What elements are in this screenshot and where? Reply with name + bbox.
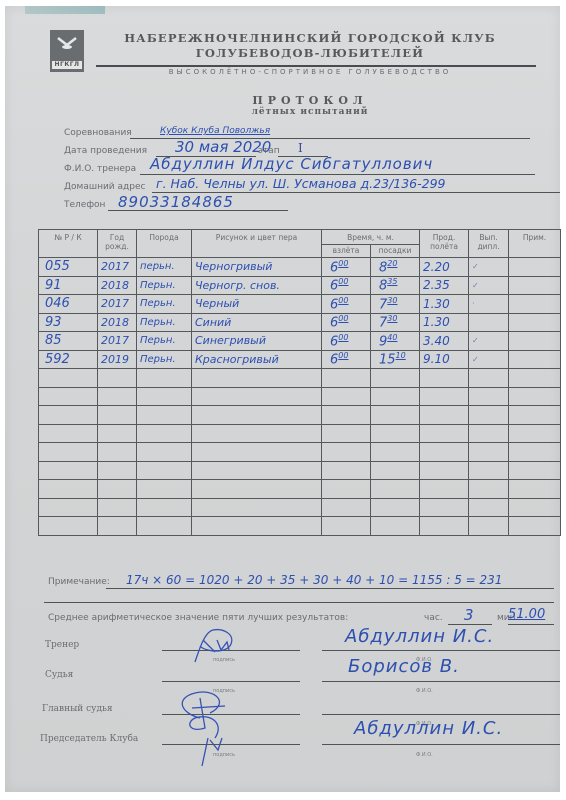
- cell-empty: [469, 424, 509, 443]
- cell-empty: [39, 369, 98, 388]
- cell-year: 2017: [98, 295, 137, 314]
- cell-empty: [137, 387, 192, 406]
- cell-note: [509, 295, 561, 314]
- cell-empty: [420, 387, 469, 406]
- cell-empty: [98, 443, 137, 462]
- org-line-1: НАБЕРЕЖНОЧЕЛНИНСКИЙ ГОРОДСКОЙ КЛУБ: [100, 31, 520, 46]
- cell-empty: [98, 517, 137, 536]
- cell-num: 91: [39, 276, 98, 295]
- trainer-label: Ф.И.О. тренера: [64, 164, 136, 174]
- cell-num: 93: [39, 313, 98, 332]
- cell-takeoff: 600: [322, 350, 371, 369]
- hours-line: [448, 624, 492, 625]
- chief-judge-sign-label: Главный судья: [42, 704, 113, 714]
- landing-minutes: 35: [387, 277, 397, 286]
- col-breed: Порода: [137, 230, 192, 258]
- cell-breed: Перьн.: [137, 350, 192, 369]
- cell-empty: [509, 424, 561, 443]
- cell-empty: [39, 387, 98, 406]
- cell-empty: [39, 517, 98, 536]
- org-tagline: ВЫСОКОЛЁТНО-СПОРТИВНОЕ ГОЛУБЕВОДСТВО: [100, 68, 520, 76]
- flight-results-table: № Р / К Год рожд. Порода Рисунок и цвет …: [38, 229, 561, 536]
- cell-empty: [98, 461, 137, 480]
- date-value: 30 мая 2020: [175, 138, 271, 156]
- cell-num: 85: [39, 332, 98, 351]
- cell-empty: [137, 461, 192, 480]
- cell-empty: [420, 424, 469, 443]
- cell-empty: [469, 517, 509, 536]
- cell-landing: 940: [371, 332, 420, 351]
- cell-note: [509, 313, 561, 332]
- takeoff-minutes: 00: [338, 277, 348, 286]
- chairman-sign-caption: подпись: [213, 752, 235, 758]
- cell-breed: Перьн.: [137, 313, 192, 332]
- cell-empty: [192, 517, 322, 536]
- chairman-name-caption: Ф.И.О.: [416, 752, 433, 758]
- cell-completed: ·: [469, 295, 509, 314]
- cell-empty: [192, 406, 322, 425]
- cell-duration: 2.35: [420, 276, 469, 295]
- cell-year: 2018: [98, 313, 137, 332]
- cell-num: 055: [39, 258, 98, 277]
- competition-value: Кубок Клуба Поволжья: [160, 126, 270, 136]
- col-completed: Вып. дипл.: [469, 230, 509, 258]
- cell-empty: [420, 406, 469, 425]
- cell-duration: 1.30: [420, 295, 469, 314]
- cell-empty: [509, 517, 561, 536]
- cell-empty: [509, 443, 561, 462]
- cell-note: [509, 276, 561, 295]
- cell-empty: [98, 424, 137, 443]
- cell-takeoff: 600: [322, 276, 371, 295]
- cell-num: 046: [39, 295, 98, 314]
- cell-empty: [509, 461, 561, 480]
- chief-judge-signature: [170, 678, 250, 768]
- cell-empty: [371, 387, 420, 406]
- cell-empty: [39, 443, 98, 462]
- cell-empty: [509, 406, 561, 425]
- trainer-name: Абдуллин И.С.: [345, 626, 494, 647]
- cell-empty: [192, 424, 322, 443]
- cell-breed: Перьн.: [137, 276, 192, 295]
- cell-empty: [192, 387, 322, 406]
- takeoff-minutes: 00: [338, 259, 348, 268]
- cell-completed: [469, 313, 509, 332]
- cell-landing: 730: [371, 313, 420, 332]
- col-time: Время, ч. м.: [322, 230, 420, 245]
- cell-empty: [420, 517, 469, 536]
- cell-empty: [322, 498, 371, 517]
- cell-empty: [469, 406, 509, 425]
- cell-empty: [39, 406, 98, 425]
- cell-empty: [98, 406, 137, 425]
- cell-completed: ✓: [469, 350, 509, 369]
- table-row-empty: [39, 443, 561, 462]
- landing-minutes: 30: [387, 314, 397, 323]
- cell-empty: [469, 498, 509, 517]
- table-row: 0552017перьн.Черногривый6008202.20✓: [39, 258, 561, 277]
- cell-takeoff: 600: [322, 258, 371, 277]
- cell-duration: 3.40: [420, 332, 469, 351]
- cell-empty: [322, 461, 371, 480]
- cell-color: Красногривый: [192, 350, 322, 369]
- trainer-line: [140, 174, 535, 175]
- cell-empty: [509, 498, 561, 517]
- cell-empty: [137, 443, 192, 462]
- address-value: г. Наб. Челны ул. Ш. Усманова д.23/136-2…: [156, 176, 446, 191]
- cell-empty: [371, 406, 420, 425]
- cell-landing: 730: [371, 295, 420, 314]
- cell-empty: [39, 424, 98, 443]
- judge-name-line: [322, 681, 560, 682]
- table-row: 912018Перьн.Черногр. снов.6008352.35✓: [39, 276, 561, 295]
- cell-empty: [322, 387, 371, 406]
- note-label: Примечание:: [48, 577, 110, 587]
- cell-empty: [371, 461, 420, 480]
- cell-empty: [371, 443, 420, 462]
- org-line-2: ГОЛУБЕВОДОВ-ЛЮБИТЕЛЕЙ: [100, 46, 520, 61]
- cell-empty: [39, 498, 98, 517]
- cell-empty: [509, 369, 561, 388]
- cell-year: 2017: [98, 332, 137, 351]
- cell-empty: [137, 498, 192, 517]
- note-value: 17ч × 60 = 1020 + 20 + 35 + 30 + 40 + 10…: [126, 573, 502, 587]
- cell-breed: перьн.: [137, 258, 192, 277]
- cell-empty: [469, 480, 509, 499]
- cell-empty: [98, 387, 137, 406]
- table-row-empty: [39, 480, 561, 499]
- hours-label: час.: [424, 613, 443, 623]
- cell-empty: [192, 480, 322, 499]
- cell-completed: ✓: [469, 258, 509, 277]
- cell-empty: [39, 480, 98, 499]
- cell-empty: [137, 517, 192, 536]
- cell-completed: ✓: [469, 276, 509, 295]
- trainer-signature: [185, 622, 245, 666]
- cell-empty: [192, 498, 322, 517]
- cell-empty: [322, 443, 371, 462]
- cell-color: Синий: [192, 313, 322, 332]
- cell-empty: [420, 443, 469, 462]
- chief-judge-name-line: [322, 714, 560, 715]
- cell-empty: [469, 461, 509, 480]
- cell-color: Черногр. снов.: [192, 276, 322, 295]
- cell-landing: 1510: [371, 350, 420, 369]
- cell-takeoff: 600: [322, 295, 371, 314]
- table-row: 852017Перьн.Синегривый6009403.40✓: [39, 332, 561, 351]
- org-name: НАБЕРЕЖНОЧЕЛНИНСКИЙ ГОРОДСКОЙ КЛУБ ГОЛУБ…: [100, 31, 520, 61]
- col-note: Прим.: [509, 230, 561, 258]
- cell-empty: [420, 480, 469, 499]
- table-row-empty: [39, 517, 561, 536]
- photo-edge-band: [25, 6, 105, 14]
- landing-minutes: 40: [387, 333, 397, 342]
- cell-empty: [469, 369, 509, 388]
- cell-color: Черногривый: [192, 258, 322, 277]
- col-year: Год рожд.: [98, 230, 137, 258]
- hours-value: 3: [464, 606, 474, 624]
- cell-takeoff: 600: [322, 313, 371, 332]
- logo-label: НГКГЛ: [52, 61, 82, 69]
- table-row-empty: [39, 406, 561, 425]
- cell-empty: [509, 387, 561, 406]
- cell-empty: [137, 424, 192, 443]
- table-row: 932018Перьн.Синий6007301.30: [39, 313, 561, 332]
- col-takeoff: взлёта: [322, 245, 371, 258]
- cell-empty: [98, 369, 137, 388]
- cell-empty: [371, 517, 420, 536]
- table-row-empty: [39, 424, 561, 443]
- header-rule: [96, 65, 536, 67]
- cell-empty: [39, 461, 98, 480]
- cell-breed: Перьн.: [137, 332, 192, 351]
- trainer-sign-label: Тренер: [45, 640, 79, 650]
- cell-empty: [322, 517, 371, 536]
- cell-year: 2017: [98, 258, 137, 277]
- cell-year: 2018: [98, 276, 137, 295]
- cell-num: 592: [39, 350, 98, 369]
- cell-empty: [137, 369, 192, 388]
- cell-empty: [192, 443, 322, 462]
- note-line-2: [44, 602, 554, 603]
- cell-empty: [192, 461, 322, 480]
- chairman-name-line: [322, 744, 560, 745]
- cell-empty: [420, 461, 469, 480]
- cell-note: [509, 350, 561, 369]
- judge-name: Борисов В.: [348, 656, 460, 677]
- table-row-empty: [39, 387, 561, 406]
- cell-empty: [420, 369, 469, 388]
- cell-empty: [98, 498, 137, 517]
- pigeon-icon: [57, 36, 77, 50]
- judge-sign-label: Судья: [45, 670, 73, 680]
- landing-minutes: 20: [387, 259, 397, 268]
- chairman-sign-line: [162, 744, 300, 745]
- takeoff-minutes: 00: [338, 351, 348, 360]
- cell-empty: [420, 498, 469, 517]
- cell-empty: [371, 480, 420, 499]
- takeoff-minutes: 00: [338, 333, 348, 342]
- takeoff-minutes: 00: [338, 314, 348, 323]
- cell-duration: 2.20: [420, 258, 469, 277]
- landing-minutes: 30: [387, 296, 397, 305]
- chairman-sign-label: Председатель Клуба: [40, 734, 138, 744]
- note-line-1: [106, 588, 554, 589]
- col-color: Рисунок и цвет пера: [192, 230, 322, 258]
- cell-empty: [469, 387, 509, 406]
- cell-note: [509, 258, 561, 277]
- cell-empty: [469, 443, 509, 462]
- cell-empty: [322, 369, 371, 388]
- table-row-empty: [39, 461, 561, 480]
- address-label: Домашний адрес: [64, 182, 145, 192]
- cell-color: Синегривый: [192, 332, 322, 351]
- date-label: Дата проведения: [64, 146, 147, 156]
- cell-empty: [371, 424, 420, 443]
- cell-empty: [509, 480, 561, 499]
- doc-title: ПРОТОКОЛ: [100, 94, 520, 107]
- cell-empty: [322, 406, 371, 425]
- minutes-line: [508, 624, 554, 625]
- chairman-name: Абдуллин И.С.: [354, 718, 503, 739]
- cell-completed: ✓: [469, 332, 509, 351]
- cell-takeoff: 600: [322, 332, 371, 351]
- stage-value: I: [298, 141, 303, 155]
- competition-label: Соревнования: [64, 128, 132, 138]
- phone-value: 89033184865: [118, 193, 234, 211]
- trainer-value: Абдуллин Илдус Сибгатуллович: [150, 155, 433, 173]
- col-duration: Прод. полёта: [420, 230, 469, 258]
- trainer-name-line: [322, 650, 560, 651]
- cell-landing: 835: [371, 276, 420, 295]
- col-num: № Р / К: [39, 230, 98, 258]
- landing-minutes: 10: [396, 351, 406, 360]
- table-row-empty: [39, 498, 561, 517]
- cell-empty: [371, 369, 420, 388]
- cell-year: 2019: [98, 350, 137, 369]
- cell-empty: [322, 424, 371, 443]
- club-logo: НГКГЛ: [50, 30, 84, 72]
- cell-empty: [137, 406, 192, 425]
- phone-label: Телефон: [64, 200, 105, 210]
- cell-landing: 820: [371, 258, 420, 277]
- table-row: 5922019Перьн.Красногривый60015109.10✓: [39, 350, 561, 369]
- cell-color: Черный: [192, 295, 322, 314]
- cell-empty: [98, 480, 137, 499]
- cell-note: [509, 332, 561, 351]
- doc-subtitle: лётных испытаний: [100, 107, 520, 117]
- table-row-empty: [39, 369, 561, 388]
- cell-duration: 9.10: [420, 350, 469, 369]
- judge-name-caption: Ф.И.О.: [416, 688, 433, 694]
- col-landing: посадки: [371, 245, 420, 258]
- cell-duration: 1.30: [420, 313, 469, 332]
- table-row: 0462017Перьн.Черный6007301.30·: [39, 295, 561, 314]
- cell-empty: [322, 480, 371, 499]
- cell-empty: [192, 369, 322, 388]
- takeoff-minutes: 00: [338, 296, 348, 305]
- table-body: 0552017перьн.Черногривый6008202.20✓91201…: [39, 258, 561, 536]
- cell-empty: [137, 480, 192, 499]
- minutes-value: 51.00: [508, 607, 545, 622]
- cell-empty: [371, 498, 420, 517]
- cell-breed: Перьн.: [137, 295, 192, 314]
